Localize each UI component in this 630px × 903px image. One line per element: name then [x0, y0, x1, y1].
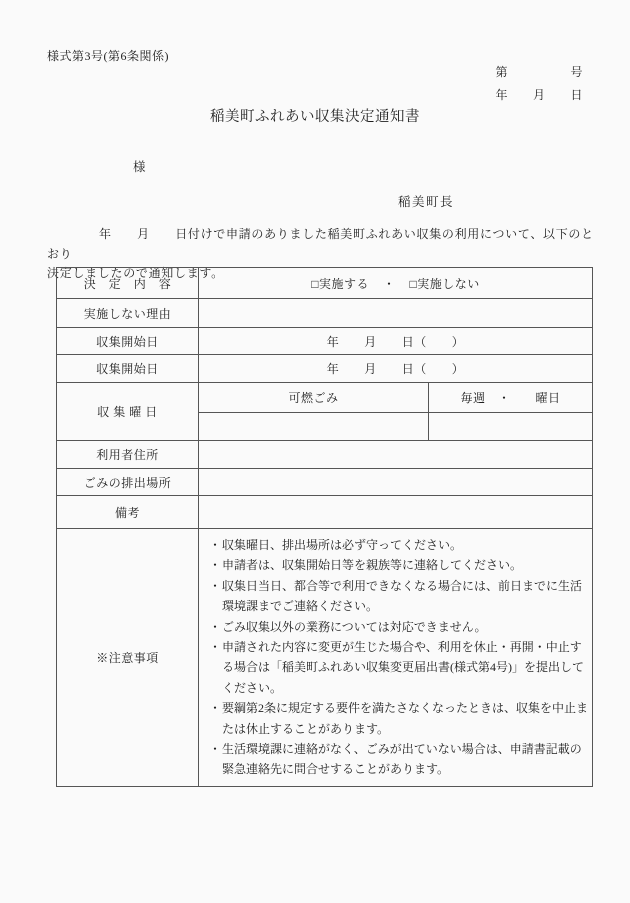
notes-list: ・ 収集曜日、排出場所は必ず守ってください。 ・ 申請者は、収集開始日等を親族等…: [199, 529, 593, 787]
decision-table: 決 定 内 容 □実施する・□実施しない 実施しない理由 収集開始日 年 月 日…: [56, 267, 593, 787]
row-start-date-2-value: 年 月 日（ ）: [199, 355, 593, 383]
note-text: 収集日当日、都合等で利用できなくなる場合には、前日までに生活環境課までご連絡くだ…: [222, 576, 588, 617]
row-remarks-value: [199, 496, 593, 529]
option-separator-dot: ・: [383, 277, 396, 291]
issue-date-line: 年 月 日: [495, 86, 583, 103]
row-notes-label: ※注意事項: [57, 529, 199, 787]
row-user-address-value: [199, 441, 593, 469]
row-reason: 実施しない理由: [57, 299, 593, 328]
row-start-date-2-label: 収集開始日: [57, 355, 199, 383]
row-user-address-label: 利用者住所: [57, 441, 199, 469]
row-remarks-label: 備考: [57, 496, 199, 529]
weekday-row2-right: [429, 413, 593, 441]
note-item: ・ 収集曜日、排出場所は必ず守ってください。: [209, 535, 588, 555]
document-page: 様式第3号(第6条関係) 第 号 年 月 日 稲美町ふれあい収集決定通知書 様 …: [0, 0, 630, 903]
note-text: ごみ収集以外の業務については対応できません。: [222, 617, 588, 637]
note-item: ・ ごみ収集以外の業務については対応できません。: [209, 617, 588, 637]
note-text: 申請された内容に変更が生じた場合や、利用を休止・再開・中止する場合は「稲美町ふれ…: [222, 637, 588, 698]
note-item: ・ 要綱第2条に規定する要件を満たさなくなったときは、収集を中止または休止するこ…: [209, 698, 588, 739]
note-bullet: ・: [209, 576, 222, 617]
document-number-line: 第 号: [495, 63, 583, 80]
row-discharge-place: ごみの排出場所: [57, 469, 593, 496]
row-remarks: 備考: [57, 496, 593, 529]
body-line-1: 年 月 日付けで申請のありました稲美町ふれあい収集の利用について、以下のとおり: [47, 225, 595, 264]
row-user-address: 利用者住所: [57, 441, 593, 469]
note-item: ・ 収集日当日、都合等で利用できなくなる場合には、前日までに生活環境課までご連絡…: [209, 576, 588, 617]
note-bullet: ・: [209, 555, 222, 575]
note-bullet: ・: [209, 739, 222, 780]
checkbox-option-implement: □実施する: [311, 277, 369, 291]
addressee-honorific: 様: [133, 157, 146, 175]
row-notes: ※注意事項 ・ 収集曜日、排出場所は必ず守ってください。 ・ 申請者は、収集開始…: [57, 529, 593, 787]
row-start-date-1-value: 年 月 日（ ）: [199, 328, 593, 355]
row-discharge-place-value: [199, 469, 593, 496]
row-start-date-1-label: 収集開始日: [57, 328, 199, 355]
note-item: ・ 申請者は、収集開始日等を親族等に連絡してください。: [209, 555, 588, 575]
row-reason-value: [199, 299, 593, 328]
row-decision-value: □実施する・□実施しない: [199, 268, 593, 299]
checkbox-option-not-implement: □実施しない: [410, 277, 480, 291]
note-text: 生活環境課に連絡がなく、ごみが出ていない場合は、申請書記載の緊急連絡先に問合せす…: [222, 739, 588, 780]
page-title: 稲美町ふれあい収集決定通知書: [0, 105, 630, 126]
weekday-frequency: 毎週 ・ 曜日: [429, 383, 593, 413]
row-start-date-1: 収集開始日 年 月 日（ ）: [57, 328, 593, 355]
row-reason-label: 実施しない理由: [57, 299, 199, 328]
note-bullet: ・: [209, 698, 222, 739]
row-start-date-2: 収集開始日 年 月 日（ ）: [57, 355, 593, 383]
note-bullet: ・: [209, 535, 222, 555]
weekday-row2-left: [199, 413, 429, 441]
note-text: 収集曜日、排出場所は必ず守ってください。: [222, 535, 588, 555]
sender-name: 稲美町長: [398, 192, 454, 210]
row-weekday-label: 収 集 曜 日: [57, 383, 199, 441]
note-text: 申請者は、収集開始日等を親族等に連絡してください。: [222, 555, 588, 575]
form-number: 様式第3号(第6条関係): [47, 47, 169, 64]
row-discharge-place-label: ごみの排出場所: [57, 469, 199, 496]
note-item: ・ 生活環境課に連絡がなく、ごみが出ていない場合は、申請書記載の緊急連絡先に問合…: [209, 739, 588, 780]
row-decision-label: 決 定 内 容: [57, 268, 199, 299]
note-bullet: ・: [209, 637, 222, 698]
note-text: 要綱第2条に規定する要件を満たさなくなったときは、収集を中止または休止することが…: [222, 698, 588, 739]
note-bullet: ・: [209, 617, 222, 637]
row-decision: 決 定 内 容 □実施する・□実施しない: [57, 268, 593, 299]
note-item: ・ 申請された内容に変更が生じた場合や、利用を休止・再開・中止する場合は「稲美町…: [209, 637, 588, 698]
row-weekday-sub1: 収 集 曜 日 可燃ごみ 毎週 ・ 曜日: [57, 383, 593, 413]
weekday-garbage-type: 可燃ごみ: [199, 383, 429, 413]
